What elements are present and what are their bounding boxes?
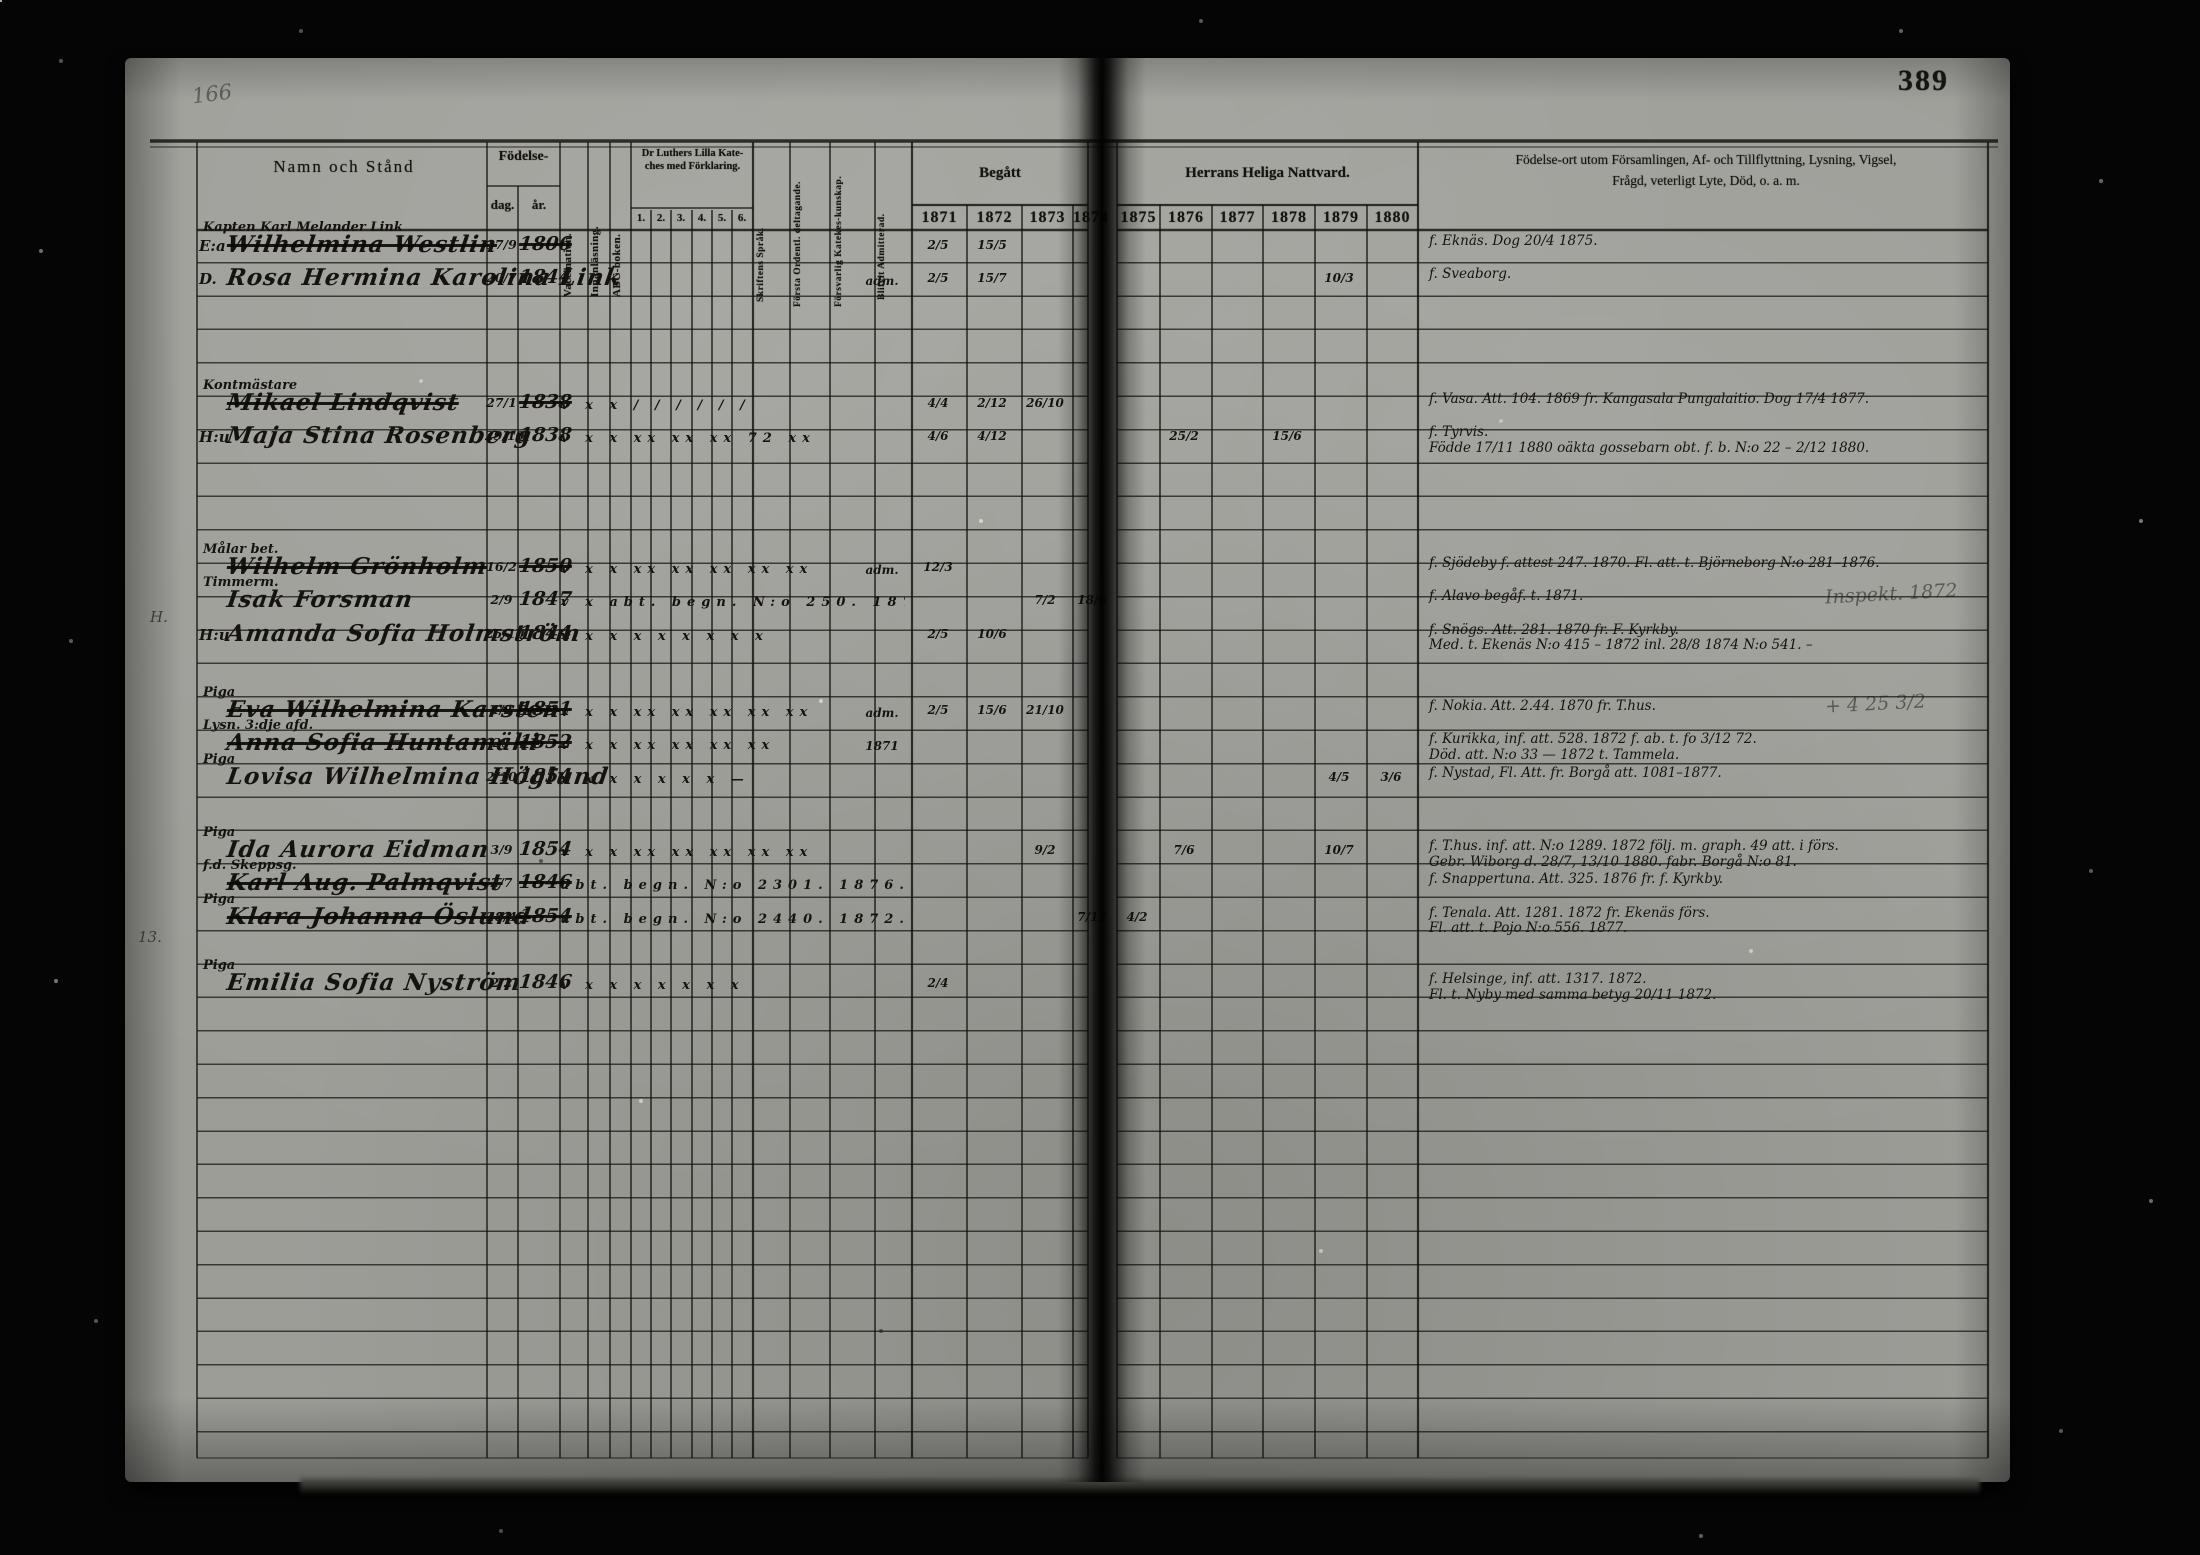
annotation-line-1: f. Sjödeby f. attest 247. 1870. Fl. att.…	[1429, 556, 1981, 572]
annotation-line-2: Födde 17/11 1880 oäkta gossebarn obt. f.…	[1429, 441, 1981, 457]
catechism-marks: v	[561, 273, 905, 288]
birth-day: 27/1	[485, 395, 518, 410]
birth-day: 2/2	[485, 975, 518, 990]
margin-mark-1: H.	[150, 608, 168, 626]
birth-day: 20/7	[485, 270, 518, 285]
notes-annotation: f. Eknäs. Dog 20/4 1875.	[1429, 234, 1981, 250]
catechism-marks: v x x x x x x x	[561, 978, 905, 993]
year-col-1874: 1874	[1066, 209, 1116, 227]
catechism-marks: v x x xx xx xx xx	[561, 738, 905, 753]
year-col-1876: 1876	[1160, 209, 1212, 227]
communion-1872: 15/7	[967, 271, 1017, 285]
notes-annotation: f. Sjödeby f. attest 247. 1870. Fl. att.…	[1429, 556, 1981, 572]
annotation-line-1: f. Tyrvis.	[1429, 425, 1981, 441]
birth-day: 29	[485, 735, 518, 750]
family-group-3: Målar bet. Wilhelm Grönholm 16/2 1850 v …	[197, 556, 1988, 656]
catechism-marks: v x x xx xx xx xx xx	[561, 705, 905, 720]
communion-1879: 4/5	[1314, 770, 1364, 784]
register-row: Målar bet. Wilhelm Grönholm 16/2 1850 v …	[197, 556, 1988, 589]
register-row: Timmerm. Isak Forsman 2/9 1847 v x abt. …	[197, 589, 1988, 622]
communion-1872: 15/6	[967, 703, 1017, 717]
communion-1874: 7/12	[1067, 910, 1117, 924]
annotation-line-1: f. T.hus. inf. att. N:o 1289. 1872 följ.…	[1429, 839, 1981, 855]
family-group-4: Piga Eva Wilhelmina Karsten 4/2 1851 v x…	[197, 699, 1988, 799]
annotation-line-2: Fl. t. Nyby med samma betyg 20/11 1872.	[1429, 988, 1981, 1004]
communion-1871: 2/5	[913, 627, 963, 641]
catechism-sub-1: 1.	[631, 212, 651, 224]
communion-1872: 10/6	[967, 627, 1017, 641]
catechism-title-line1: Dr Luthers Lilla Kate-	[642, 148, 744, 159]
annotation-line-1: f. Snappertuna. Att. 325. 1876 fr. f. Ky…	[1429, 872, 1981, 888]
communion-1872: 2/12	[967, 396, 1017, 410]
family-group-5: Piga Ida Aurora Eidman 3/9 1854 v x x xx…	[197, 839, 1988, 939]
col-header-birth-day: dag.	[487, 197, 518, 213]
catechism-marks: v x x xx xx xx 72 xx	[561, 431, 905, 446]
communion-1871: 12/3	[913, 560, 963, 574]
year-col-1879: 1879	[1315, 209, 1367, 227]
birth-day: 28/4	[485, 909, 518, 924]
register-row: Kontmästare Mikael Lindqvist 27/1 1838 v…	[197, 392, 1988, 425]
notes-annotation: f. Tenala. Att. 1281. 1872 fr. Ekenäs fö…	[1429, 906, 1981, 937]
year-col-1871: 1871	[912, 209, 967, 227]
communion-1873: 7/2	[1020, 593, 1070, 607]
annotation-line-1: f. Sveaborg.	[1429, 267, 1981, 283]
year-col-1872: 1872	[967, 209, 1022, 227]
notes-annotation: f. T.hus. inf. att. N:o 1289. 1872 följ.…	[1429, 839, 1981, 870]
catechism-marks: v x x x x x x —	[561, 772, 905, 787]
communion-1873: 26/10	[1020, 396, 1070, 410]
year-col-1880: 1880	[1367, 209, 1418, 227]
birth-day: 2/10	[485, 769, 518, 784]
col-header-name: Namn och Stånd	[210, 157, 478, 177]
catechism-marks: abt. begn. N:o 2440. 1872.	[561, 912, 905, 927]
margin-mark-2: 13.	[138, 928, 162, 946]
communion-1874: 18/6	[1067, 593, 1117, 607]
notes-header-line1: Födelse-ort utom Församlingen, Af- och T…	[1515, 152, 1896, 167]
communion-1875: 4/2	[1112, 910, 1162, 924]
annotation-line-1: f. Nystad, Fl. Att. fr. Borgå att. 1081–…	[1429, 766, 1981, 782]
annotation-line-1: f. Vasa. Att. 104. 1869 fr. Kangasala Pu…	[1429, 392, 1981, 408]
birth-day: 2/7	[485, 875, 518, 890]
col-header-communion-right: Herrans Heliga Nattvard.	[1117, 165, 1418, 182]
annotation-line-1: f. Tenala. Att. 1281. 1872 fr. Ekenäs fö…	[1429, 906, 1981, 922]
year-col-1875: 1875	[1117, 209, 1160, 227]
communion-1872: 15/5	[967, 238, 1017, 252]
catechism-sub-2: 2.	[651, 212, 671, 224]
page-bottom-edge	[300, 1478, 1980, 1494]
annotation-line-2: Fl. att. t. Pojo N:o 556. 1877.	[1429, 921, 1981, 937]
col-header-birth: Födelse-	[487, 149, 560, 165]
communion-1878: 15/6	[1262, 429, 1312, 443]
annotation-line-1: f. Helsinge, inf. att. 1317. 1872.	[1429, 972, 1981, 988]
col-header-catechism: Dr Luthers Lilla Kate- ches med Förklari…	[632, 147, 753, 173]
communion-1873: 21/10	[1020, 703, 1070, 717]
communion-1879: 10/7	[1314, 843, 1364, 857]
register-row: Kapten Karl Melander Link E:a Wilhelmina…	[197, 234, 1988, 267]
col-header-notes: Födelse-ort utom Församlingen, Af- och T…	[1428, 150, 1984, 192]
communion-1871: 2/5	[913, 271, 963, 285]
communion-1871: 4/6	[913, 429, 963, 443]
communion-1876: 7/6	[1159, 843, 1209, 857]
annotation-line-1: f. Kurikka, inf. att. 528. 1872 f. ab. t…	[1429, 732, 1981, 748]
communion-1876: 25/2	[1159, 429, 1209, 443]
catechism-marks: abt. begn. N:o 2301. 1876.	[561, 878, 905, 893]
birth-day: 3/9	[485, 842, 518, 857]
communion-1879: 10/3	[1314, 271, 1364, 285]
catechism-marks: v x x / / / / / /	[561, 398, 905, 413]
birth-year: 1806	[518, 233, 580, 255]
col-header-birth-year: år.	[518, 197, 560, 213]
catechism-marks: v x abt. begn. N:o 250. 1870.	[561, 595, 905, 610]
register-row: f.d. Skeppsg. Karl Aug. Palmqvist 2/7 18…	[197, 872, 1988, 905]
catechism-sub-4: 4.	[692, 212, 712, 224]
person-name: Isak Forsman	[225, 586, 415, 613]
catechism-sub-5: 5.	[712, 212, 732, 224]
admitted-mark: adm.	[857, 274, 907, 288]
birth-day: 4/2	[485, 702, 518, 717]
person-name: Emilia Sofia Nyström	[225, 969, 523, 996]
annotation-line-2: Med. t. Ekenäs N:o 415 – 1872 inl. 28/8 …	[1429, 638, 1981, 654]
register-row: D. Rosa Hermina Karolina Link 20/7 1844 …	[197, 267, 1988, 300]
communion-1871: 2/4	[913, 976, 963, 990]
catechism-marks: v x x xx xx xx xx xx	[561, 562, 905, 577]
family-group-6: Piga Emilia Sofia Nyström 2/2 1846 v x x…	[197, 972, 1988, 1005]
communion-1871: 4/4	[913, 396, 963, 410]
name-prefix: D.	[199, 270, 217, 288]
register-row: Lysn. 3:dje afd. Anna Sofia Huntamäki 29…	[197, 732, 1988, 765]
register-row: Piga Eva Wilhelmina Karsten 4/2 1851 v x…	[197, 699, 1988, 732]
birth-day: 29/10	[485, 428, 518, 443]
church-register-scan: 389 166 H. 13. Namn och Stånd Födelse- d…	[0, 0, 2200, 1555]
notes-annotation: f. Vasa. Att. 104. 1869 fr. Kangasala Pu…	[1429, 392, 1981, 408]
family-group-2: Kontmästare Mikael Lindqvist 27/1 1838 v…	[197, 392, 1988, 459]
notes-annotation: f. Helsinge, inf. att. 1317. 1872. Fl. t…	[1429, 972, 1981, 1003]
corner-pencil-note: 166	[191, 80, 234, 109]
catechism-title-line2: ches med Förklaring.	[645, 161, 740, 172]
communion-1880: 3/6	[1366, 770, 1416, 784]
notes-annotation: f. Snappertuna. Att. 325. 1876 fr. f. Ky…	[1429, 872, 1981, 888]
notes-annotation: f. Sveaborg.	[1429, 267, 1981, 283]
person-name: Mikael Lindqvist	[225, 389, 461, 416]
notes-annotation: f. Tyrvis. Födde 17/11 1880 oäkta gosseb…	[1429, 425, 1981, 456]
year-col-1877: 1877	[1212, 209, 1263, 227]
register-row: Piga Lovisa Wilhelmina Höglund 2/10 1854…	[197, 766, 1988, 799]
catechism-marks: v x x x x x x x x	[561, 629, 905, 644]
admitted-mark: adm.	[857, 706, 907, 720]
birth-day: 17/9	[485, 237, 518, 252]
family-group-1: Kapten Karl Melander Link E:a Wilhelmina…	[197, 234, 1988, 301]
communion-1873: 9/2	[1020, 843, 1070, 857]
name-prefix: E:a	[199, 237, 226, 255]
communion-1872: 4/12	[967, 429, 1017, 443]
register-row: Piga Ida Aurora Eidman 3/9 1854 v x x xx…	[197, 839, 1988, 872]
birth-day: 16/2	[485, 559, 518, 574]
communion-1871: 2/5	[913, 703, 963, 717]
birth-day: 2/9	[485, 592, 518, 607]
notes-header-line2: Frågd, veterligt Lyte, Död, o. a. m.	[1612, 173, 1799, 188]
communion-1871: 2/5	[913, 238, 963, 252]
catechism-sub-6: 6.	[732, 212, 752, 224]
register-row: H:u Amanda Sofia Holmström 25/10 1844 v …	[197, 623, 1988, 656]
admitted-mark: 1871	[857, 739, 907, 753]
annotation-line-2: Gebr. Wiborg d. 28/7, 13/10 1880. fabr. …	[1429, 855, 1981, 871]
paper-dust	[0, 0, 2, 2]
catechism-sub-3: 3.	[671, 212, 691, 224]
catechism-marks: v x x xx xx xx xx xx	[561, 845, 905, 860]
notes-annotation: f. Nystad, Fl. Att. fr. Borgå att. 1081–…	[1429, 766, 1981, 782]
year-col-1878: 1878	[1263, 209, 1315, 227]
page-number: 389	[1898, 64, 1949, 98]
register-row: Piga Emilia Sofia Nyström 2/2 1846 v x x…	[197, 972, 1988, 1005]
person-name: Wilhelmina Westlin	[225, 231, 499, 258]
person-name: Karl Aug. Palmqvist	[225, 869, 505, 896]
annotation-line-1: f. Eknäs. Dog 20/4 1875.	[1429, 234, 1981, 250]
col-header-communion-left: Begått	[912, 165, 1088, 182]
annotation-line-2: Död. att. N:o 33 — 1872 t. Tammela.	[1429, 748, 1981, 764]
notes-annotation: f. Snögs. Att. 281. 1870 fr. F. Kyrkby. …	[1429, 623, 1981, 654]
annotation-line-1: f. Snögs. Att. 281. 1870 fr. F. Kyrkby.	[1429, 623, 1981, 639]
birth-day: 25/10	[485, 626, 518, 641]
register-row: H:u Maja Stina Rosenberg 29/10 1838 v x …	[197, 425, 1988, 458]
admitted-mark: adm.	[857, 563, 907, 577]
register-row: Piga Klara Johanna Öslund 28/4 1854 abt.…	[197, 906, 1988, 939]
notes-annotation: f. Kurikka, inf. att. 528. 1872 f. ab. t…	[1429, 732, 1981, 763]
